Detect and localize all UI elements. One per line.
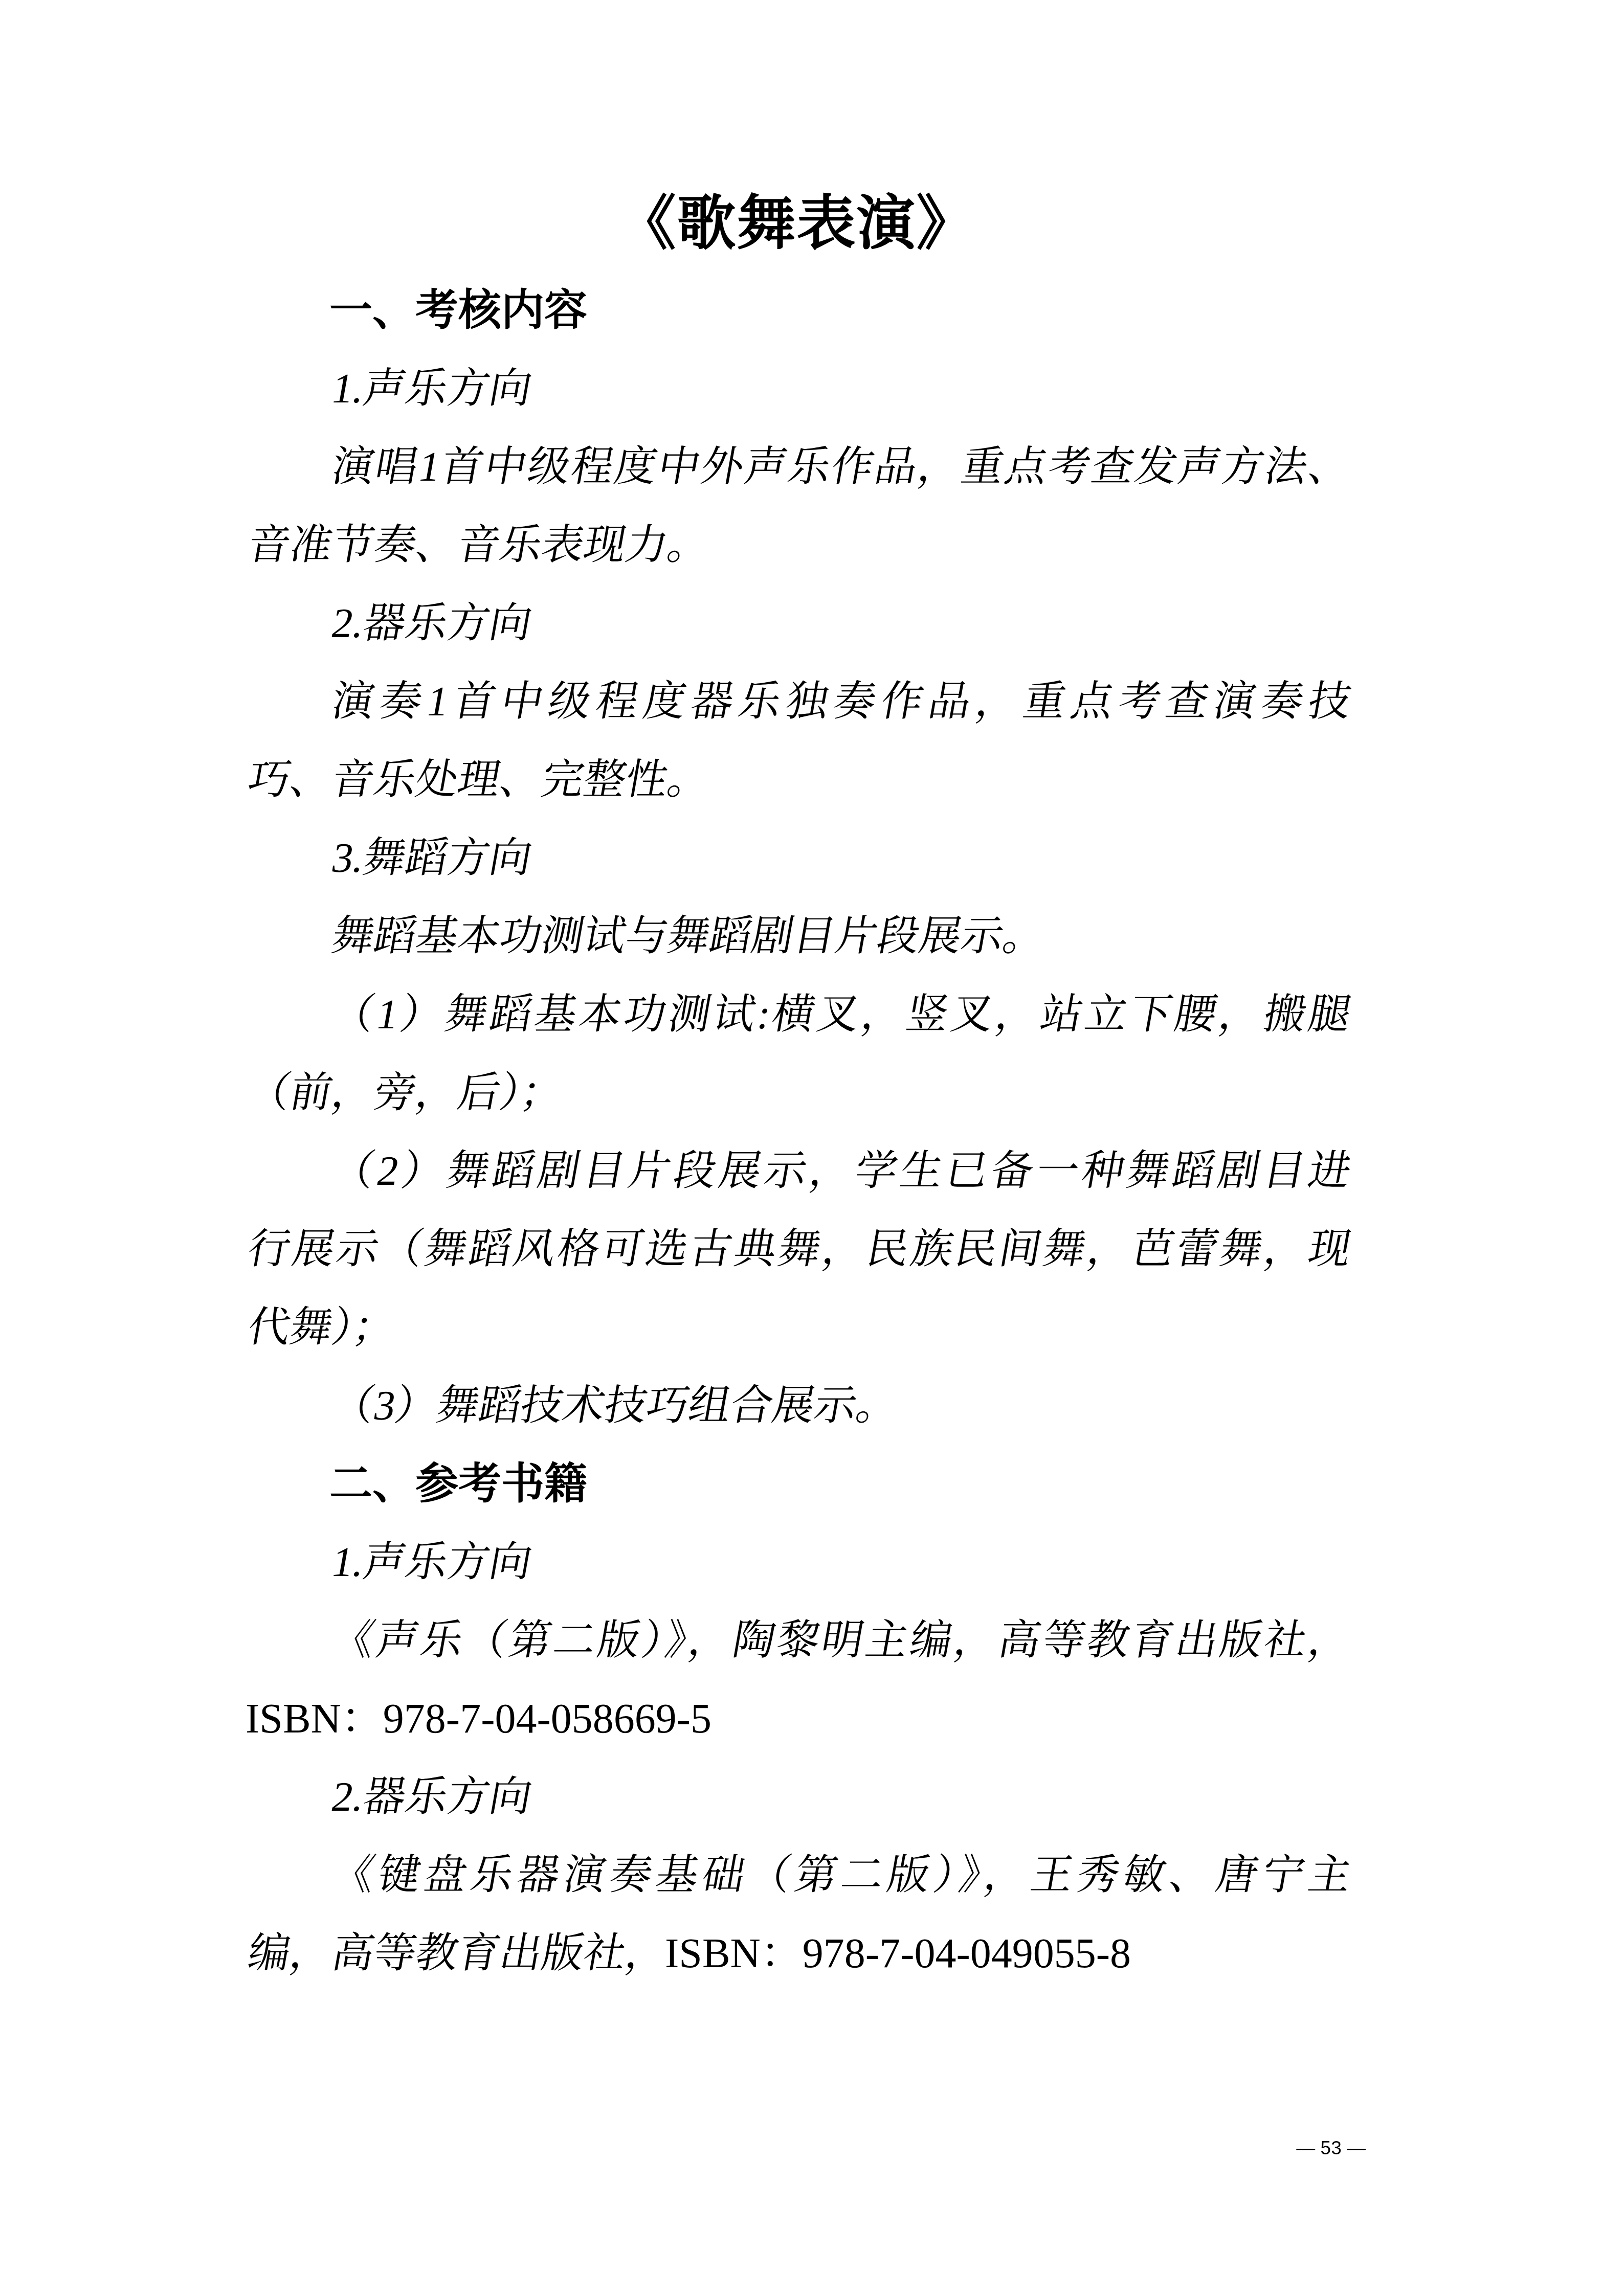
line-dance-basic-test-1: （1）舞蹈基本功测试:横叉，竖叉，站立下腰，搬腿 — [241, 975, 1358, 1053]
line-instrumental-desc-2: 巧、音乐处理、完整性。 — [241, 740, 1358, 819]
line-dance-repertoire-3: 代舞）； — [241, 1288, 1358, 1366]
line-dance-technique: （3）舞蹈技术技巧组合展示。 — [241, 1366, 1358, 1445]
heading-exam-content: 一、考核内容 — [246, 271, 1348, 349]
document-body: 一、考核内容 1.声乐方向 演唱1首中级程度中外声乐作品，重点考查发声方法、 音… — [0, 271, 1624, 1992]
item-instrumental-direction-ref: 2.器乐方向 — [241, 1758, 1358, 1836]
line-vocal-desc-1: 演唱1首中级程度中外声乐作品，重点考查发声方法、 — [241, 427, 1358, 506]
line-vocal-isbn: ISBN：978-7-04-058669-5 — [246, 1679, 1348, 1758]
item-vocal-direction: 1.声乐方向 — [241, 349, 1358, 427]
line-dance-repertoire-1: （2）舞蹈剧目片段展示，学生已备一种舞蹈剧目进 — [241, 1132, 1358, 1210]
page-number: — 53 — — [1296, 2136, 1366, 2159]
line-dance-overview: 舞蹈基本功测试与舞蹈剧目片段展示。 — [241, 897, 1358, 975]
line-instrumental-book-2-cjk: 编，高等教育出版社， — [241, 1914, 675, 1992]
item-vocal-direction-ref: 1.声乐方向 — [241, 1523, 1358, 1601]
heading-reference-books: 二、参考书籍 — [246, 1445, 1348, 1523]
line-vocal-book: 《声乐（第二版）》，陶黎明主编，高等教育出版社， — [241, 1601, 1358, 1679]
line-vocal-desc-2: 音准节奏、音乐表现力。 — [241, 506, 1358, 584]
line-dance-basic-test-2: （前，旁，后）； — [241, 1053, 1358, 1132]
line-instrumental-book-1: 《键盘乐器演奏基础（第二版）》，王秀敏、唐宁主 — [241, 1836, 1358, 1914]
document-title: 《歌舞表演》 — [0, 176, 1624, 271]
line-instrumental-book-2: 编，高等教育出版社，ISBN：978-7-04-049055-8 — [246, 1914, 1348, 1992]
item-dance-direction: 3.舞蹈方向 — [241, 819, 1358, 897]
item-instrumental-direction: 2.器乐方向 — [241, 584, 1358, 662]
line-dance-repertoire-2: 行展示（舞蹈风格可选古典舞，民族民间舞，芭蕾舞，现 — [241, 1210, 1358, 1288]
line-instrumental-desc-1: 演奏1首中级程度器乐独奏作品，重点考查演奏技 — [241, 662, 1358, 740]
line-instrumental-book-2-isbn: ISBN：978-7-04-049055-8 — [665, 1914, 1131, 1992]
document-page: 《歌舞表演》 一、考核内容 1.声乐方向 演唱1首中级程度中外声乐作品，重点考查… — [0, 0, 1624, 2296]
